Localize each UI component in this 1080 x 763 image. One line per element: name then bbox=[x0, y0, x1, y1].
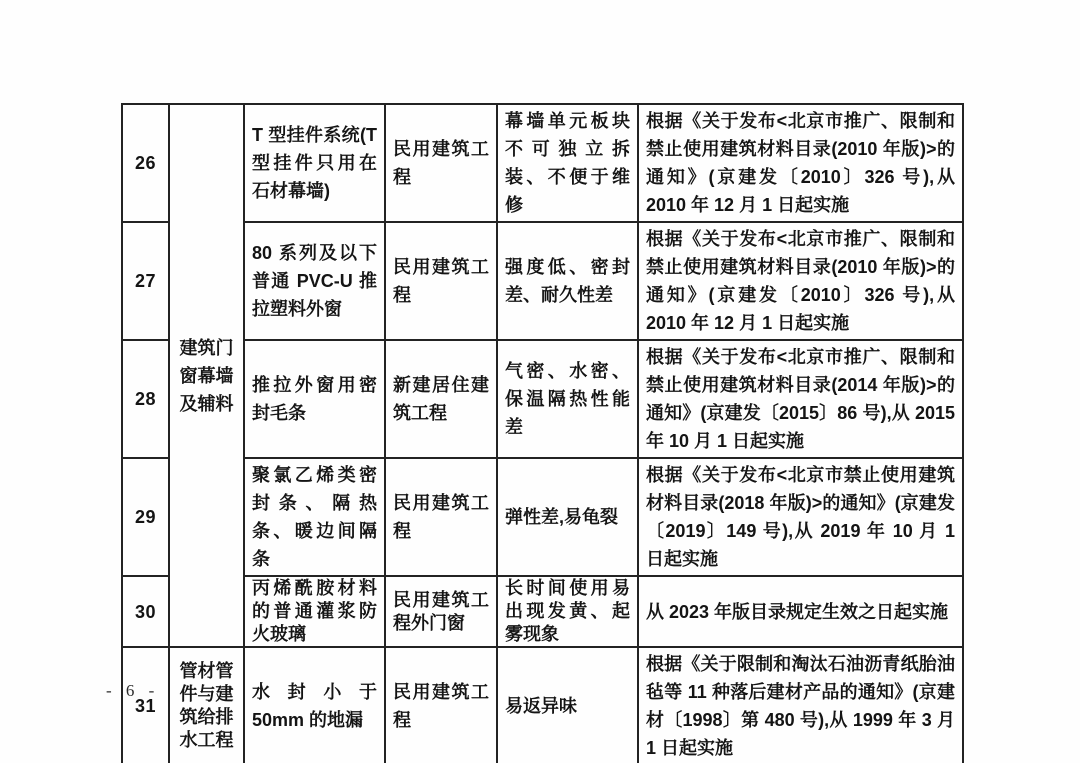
cell-row-number: 29 bbox=[122, 458, 169, 576]
cell-applicable-scope: 新建居住建筑工程 bbox=[385, 340, 497, 458]
table-row: 29聚氯乙烯类密封条、隔热条、暖边间隔条民用建筑工程弹性差,易龟裂根据《关于发布… bbox=[122, 458, 963, 576]
cell-defect-reason: 弹性差,易龟裂 bbox=[497, 458, 638, 576]
cell-defect-reason: 长时间使用易出现发黄、起雾现象 bbox=[497, 576, 638, 647]
cell-material-name: 聚氯乙烯类密封条、隔热条、暖边间隔条 bbox=[244, 458, 385, 576]
cell-material-name: 推拉外窗用密封毛条 bbox=[244, 340, 385, 458]
cell-defect-reason: 幕墙单元板块不可独立拆装、不便于维修 bbox=[497, 104, 638, 222]
cell-material-name: 水封小于 50mm 的地漏 bbox=[244, 647, 385, 763]
table-row: 31管材管件与建筑给排水工程水封小于 50mm 的地漏民用建筑工程易返异味根据《… bbox=[122, 647, 963, 763]
cell-policy-basis: 根据《关于发布<北京市推广、限制和禁止使用建筑材料目录(2010 年版)>的通知… bbox=[638, 222, 963, 340]
cell-row-number: 30 bbox=[122, 576, 169, 647]
page-number: - 6 - bbox=[106, 681, 159, 701]
cell-policy-basis: 根据《关于限制和淘汰石油沥青纸胎油毡等 11 种落后建材产品的通知》(京建材〔1… bbox=[638, 647, 963, 763]
cell-policy-basis: 根据《关于发布<北京市推广、限制和禁止使用建筑材料目录(2010 年版)>的通知… bbox=[638, 104, 963, 222]
cell-material-name: 80 系列及以下普通 PVC-U 推拉塑料外窗 bbox=[244, 222, 385, 340]
table-row: 30丙烯酰胺材料的普通灌浆防火玻璃民用建筑工程外门窗长时间使用易出现发黄、起雾现… bbox=[122, 576, 963, 647]
cell-applicable-scope: 民用建筑工程外门窗 bbox=[385, 576, 497, 647]
cell-defect-reason: 强度低、密封差、耐久性差 bbox=[497, 222, 638, 340]
cell-applicable-scope: 民用建筑工程 bbox=[385, 104, 497, 222]
cell-applicable-scope: 民用建筑工程 bbox=[385, 458, 497, 576]
cell-material-name: 丙烯酰胺材料的普通灌浆防火玻璃 bbox=[244, 576, 385, 647]
cell-defect-reason: 气密、水密、保温隔热性能差 bbox=[497, 340, 638, 458]
cell-row-number: 31 bbox=[122, 647, 169, 763]
cell-material-name: T 型挂件系统(T 型挂件只用在石材幕墙) bbox=[244, 104, 385, 222]
cell-category: 管材管件与建筑给排水工程 bbox=[169, 647, 244, 763]
cell-row-number: 27 bbox=[122, 222, 169, 340]
cell-applicable-scope: 民用建筑工程 bbox=[385, 222, 497, 340]
table-row: 2780 系列及以下普通 PVC-U 推拉塑料外窗民用建筑工程强度低、密封差、耐… bbox=[122, 222, 963, 340]
catalog-table-body: 26建筑门窗幕墙及辅料T 型挂件系统(T 型挂件只用在石材幕墙)民用建筑工程幕墙… bbox=[122, 104, 963, 763]
cell-applicable-scope: 民用建筑工程 bbox=[385, 647, 497, 763]
cell-row-number: 26 bbox=[122, 104, 169, 222]
cell-policy-basis: 根据《关于发布<北京市推广、限制和禁止使用建筑材料目录(2014 年版)>的通知… bbox=[638, 340, 963, 458]
cell-defect-reason: 易返异味 bbox=[497, 647, 638, 763]
cell-policy-basis: 根据《关于发布<北京市禁止使用建筑材料目录(2018 年版)>的通知》(京建发〔… bbox=[638, 458, 963, 576]
cell-row-number: 28 bbox=[122, 340, 169, 458]
table-row: 26建筑门窗幕墙及辅料T 型挂件系统(T 型挂件只用在石材幕墙)民用建筑工程幕墙… bbox=[122, 104, 963, 222]
cell-policy-basis: 从 2023 年版目录规定生效之日起实施 bbox=[638, 576, 963, 647]
materials-catalog-table: 26建筑门窗幕墙及辅料T 型挂件系统(T 型挂件只用在石材幕墙)民用建筑工程幕墙… bbox=[121, 103, 964, 763]
table-row: 28推拉外窗用密封毛条新建居住建筑工程气密、水密、保温隔热性能差根据《关于发布<… bbox=[122, 340, 963, 458]
cell-category: 建筑门窗幕墙及辅料 bbox=[169, 104, 244, 647]
document-page: 26建筑门窗幕墙及辅料T 型挂件系统(T 型挂件只用在石材幕墙)民用建筑工程幕墙… bbox=[0, 0, 1080, 763]
